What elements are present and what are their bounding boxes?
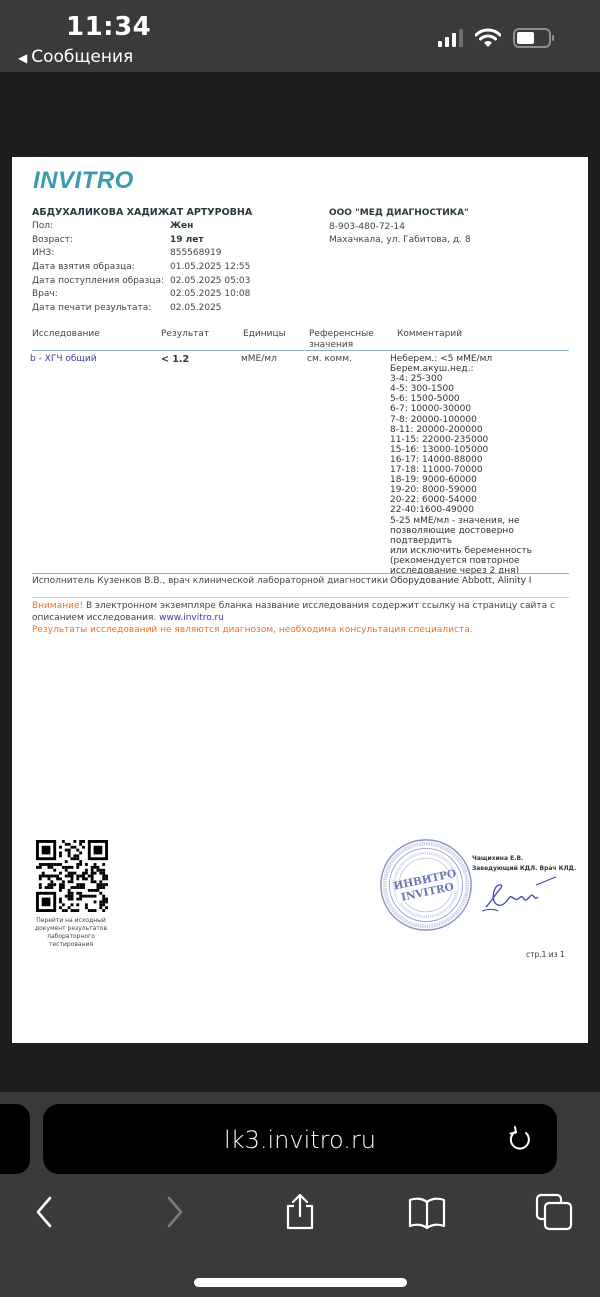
field-sample-date: Дата взятия образца:01.05.2025 12:55	[32, 261, 252, 275]
invitro-stamp: ИНВИТРО INVITRO	[378, 837, 474, 933]
header-comment: Комментарий	[397, 329, 462, 340]
tabs-icon[interactable]	[534, 1192, 574, 1232]
table-divider	[32, 573, 569, 574]
signature	[478, 873, 558, 917]
warning-text: В электронном экземпляре бланка название…	[32, 601, 555, 623]
field-value: 02.05.2025 05:03	[170, 275, 250, 289]
comment-line: 19-20: 8000-59000	[390, 485, 572, 495]
field-label: Дата поступления образца:	[32, 275, 170, 289]
comment-line: Оборудование Abbott, Alinity I	[390, 576, 572, 586]
invitro-link[interactable]: www.invitro.ru	[159, 613, 224, 623]
result-units: мМЕ/мл	[241, 354, 277, 364]
comment-line: 11-15: 22000-235000	[390, 435, 572, 445]
header-reference-line1: Референсные	[309, 329, 374, 340]
battery-icon	[513, 28, 551, 48]
signer-info: Чащихина Е.В. Заведующий КДЛ. Врач КЛД.	[472, 854, 576, 874]
back-label: Сообщения	[31, 47, 133, 67]
header-reference-line2: значения	[309, 340, 374, 351]
comment-line: 7-8: 20000-100000	[390, 415, 572, 425]
back-to-messages[interactable]: ◀Сообщения	[18, 47, 133, 67]
qr-caption: Перейти на исходный документ результатов…	[26, 917, 116, 949]
comment-line: 5-25 мМЕ/мл - значения, не	[390, 516, 572, 526]
field-age: Возраст:19 лет	[32, 234, 252, 248]
page-number: стр.1 из 1	[526, 950, 565, 959]
field-doctor: Врач:02.05.2025 10:08	[32, 288, 252, 302]
comment-line: 3-4: 25-300	[390, 374, 572, 384]
comment-line: Берем.акуш.нед.:	[390, 364, 572, 374]
field-value: 19 лет	[170, 234, 204, 248]
disclaimer: Результаты исследований не являются диаг…	[32, 624, 572, 636]
header-test: Исследование	[32, 329, 100, 340]
comment-line: 8-11: 20000-200000	[390, 425, 572, 435]
bookmarks-icon[interactable]	[407, 1192, 447, 1232]
back-triangle-icon: ◀	[18, 51, 27, 65]
comment-line: 18-19: 9000-60000	[390, 475, 572, 485]
section-divider	[32, 597, 569, 598]
signer-name: Чащихина Е.В.	[472, 854, 576, 864]
status-icons	[438, 28, 551, 48]
url-text[interactable]: lk3.invitro.ru	[43, 1126, 557, 1154]
patient-name: АБДУХАЛИКОВА ХАДИЖАТ АРТУРОВНА	[32, 207, 252, 218]
comment-line: позволяющие достоверно подтвердить	[390, 526, 572, 546]
field-received-date: Дата поступления образца:02.05.2025 05:0…	[32, 275, 252, 289]
lab-info: ООО "МЕД ДИАГНОСТИКА" 8-903-480-72-14 Ма…	[329, 207, 471, 248]
field-value: 855568919	[170, 247, 222, 261]
field-label: Пол:	[32, 220, 170, 234]
lab-name: ООО "МЕД ДИАГНОСТИКА"	[329, 207, 471, 221]
pdf-viewer[interactable]: INVITRO АБДУХАЛИКОВА ХАДИЖАТ АРТУРОВНА П…	[0, 72, 600, 1092]
comment-line: 20-22: 6000-54000	[390, 495, 572, 505]
field-inz: ИНЗ:855568919	[32, 247, 252, 261]
test-name-link[interactable]: b - ХГЧ общий	[30, 354, 97, 364]
notice: Внимание! В электронном экземпляре бланк…	[32, 600, 572, 636]
field-value: 01.05.2025 12:55	[170, 261, 250, 275]
comment-line: 6-7: 10000-30000	[390, 404, 572, 414]
lab-address: Махачкала, ул. Габитова, д. 8	[329, 234, 471, 248]
back-icon[interactable]	[26, 1192, 66, 1232]
field-label: Дата взятия образца:	[32, 261, 170, 275]
field-label: Врач:	[32, 288, 170, 302]
field-label: ИНЗ:	[32, 247, 170, 261]
warning-label: Внимание!	[32, 601, 83, 611]
comment-line: Неберем.: <5 мМЕ/мл	[390, 354, 572, 364]
result-reference: см. комм.	[307, 354, 352, 364]
status-bar: 11:34 ◀Сообщения	[0, 0, 600, 72]
header-result: Результат	[161, 329, 209, 340]
result-value: < 1.2	[161, 354, 189, 365]
share-icon[interactable]	[280, 1192, 320, 1232]
browser-toolbar	[0, 1192, 600, 1237]
patient-info: АБДУХАЛИКОВА ХАДИЖАТ АРТУРОВНА Пол:Жен В…	[32, 207, 252, 316]
comment-line: 15-16: 13000-105000	[390, 445, 572, 455]
comment-line: исследование через 2 дня)	[390, 566, 572, 576]
comment-line: 5-6: 1500-5000	[390, 394, 572, 404]
lab-result-page: INVITRO АБДУХАЛИКОВА ХАДИЖАТ АРТУРОВНА П…	[12, 157, 588, 1043]
executor: Исполнитель Кузенков В.В., врач клиничес…	[32, 576, 388, 586]
field-label: Дата печати результата:	[32, 302, 170, 316]
address-bar[interactable]: lk3.invitro.ru	[43, 1104, 557, 1174]
field-value: 02.05.2025	[170, 302, 222, 316]
comment-line: 17-18: 11000-70000	[390, 465, 572, 475]
home-indicator[interactable]	[194, 1278, 407, 1287]
wifi-icon	[475, 28, 501, 48]
reload-icon[interactable]	[505, 1124, 535, 1154]
comment-line: (рекомендуется повторное	[390, 556, 572, 566]
browser-bottom-bar: lk3.invitro.ru	[0, 1092, 600, 1297]
comment-line: 16-17: 14000-88000	[390, 455, 572, 465]
header-units: Единицы	[243, 329, 286, 340]
field-value: 02.05.2025 10:08	[170, 288, 250, 302]
status-time: 11:34	[66, 12, 151, 42]
field-label: Возраст:	[32, 234, 170, 248]
field-value: Жен	[170, 220, 193, 234]
lab-phone: 8-903-480-72-14	[329, 221, 471, 235]
previous-tab-preview[interactable]	[0, 1104, 30, 1174]
cellular-signal-icon	[438, 29, 463, 47]
comment-line: 22-40:1600-49000	[390, 505, 572, 515]
results-table-header: Исследование Результат Единицы Референсн…	[32, 329, 569, 351]
invitro-logo: INVITRO	[33, 167, 134, 195]
forward-icon[interactable]	[155, 1192, 195, 1232]
header-reference: Референсные значения	[309, 329, 374, 351]
qr-code[interactable]	[36, 840, 108, 912]
comment-line: 4-5: 300-1500	[390, 384, 572, 394]
field-print-date: Дата печати результата:02.05.2025	[32, 302, 252, 316]
result-comment: Неберем.: <5 мМЕ/млБерем.акуш.нед.:3-4: …	[390, 354, 572, 586]
field-sex: Пол:Жен	[32, 220, 252, 234]
comment-line: или исключить беременность	[390, 546, 572, 556]
